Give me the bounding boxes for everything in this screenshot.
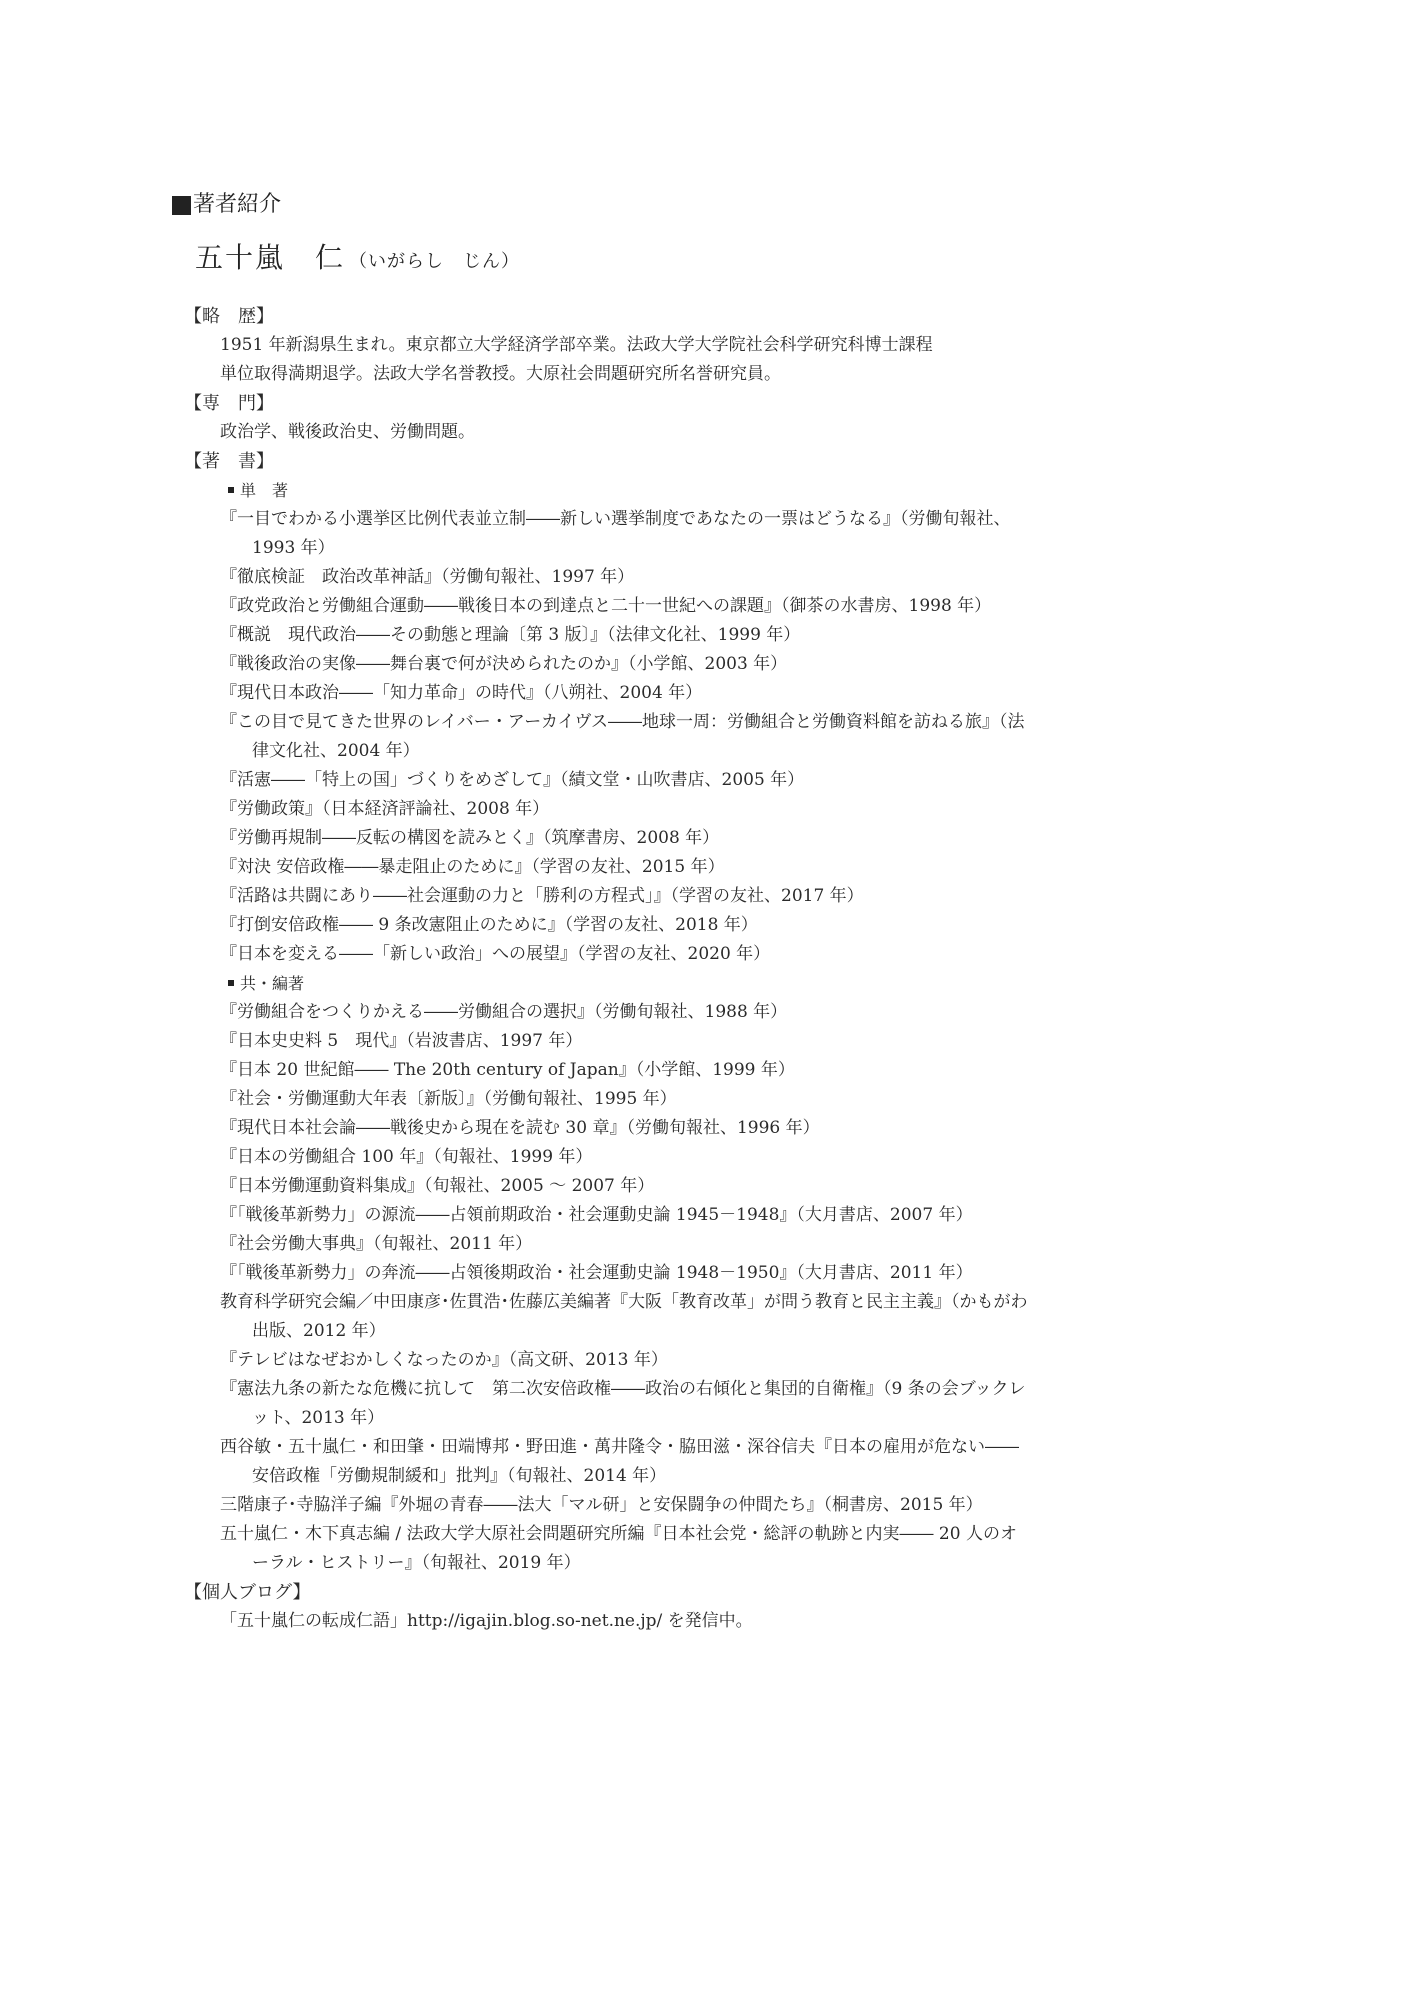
co-edited-subheading: 共・編著 bbox=[188, 969, 1028, 998]
single-authored-subheading: 単 著 bbox=[188, 476, 1028, 505]
book-entry: 『戦後政治の実像――舞台裏で何が決められたのか』（小学館、2003 年） bbox=[188, 650, 1028, 679]
biography-line: 単位取得満期退学。法政大学名誉教授。大原社会問題研究所名誉研究員。 bbox=[188, 360, 1028, 389]
section-title-text: 著者紹介 bbox=[193, 190, 281, 220]
book-entry: 『活路は共闘にあり――社会運動の力と「勝利の方程式」』（学習の友社、2017 年… bbox=[188, 882, 1028, 911]
book-entry: 『政党政治と労働組合運動――戦後日本の到達点と二十一世紀への課題』（御茶の水書房… bbox=[188, 592, 1028, 621]
book-entry: 『現代日本社会論――戦後史から現在を読む 30 章』（労働旬報社、1996 年） bbox=[188, 1114, 1028, 1143]
specialty-text: 政治学、戦後政治史、労働問題。 bbox=[188, 418, 1028, 447]
book-entry: 『テレビはなぜおかしくなったのか』（高文研、2013 年） bbox=[188, 1346, 1028, 1375]
bullet-icon bbox=[228, 487, 234, 493]
book-entry: 『社会労働大事典』（旬報社、2011 年） bbox=[188, 1230, 1028, 1259]
bullet-icon bbox=[228, 980, 234, 986]
book-entry: 『労働組合をつくりかえる――労働組合の選択』（労働旬報社、1988 年） bbox=[188, 998, 1028, 1027]
blog-text: 「五十嵐仁の転成仁語」http://igajin.blog.so-net.ne.… bbox=[188, 1607, 1028, 1636]
book-entry: 『「戦後革新勢力」の源流――占領前期政治・社会運動史論 1945－1948』（大… bbox=[188, 1201, 1028, 1230]
profile-content: 【略 歴】 1951 年新潟県生まれ。東京都立大学経済学部卒業。法政大学大学院社… bbox=[188, 302, 1028, 1636]
book-entry: 『対決 安倍政権――暴走阻止のために』（学習の友社、2015 年） bbox=[188, 853, 1028, 882]
book-entry: 五十嵐仁・木下真志編 / 法政大学大原社会問題研究所編『日本社会党・総評の軌跡と… bbox=[188, 1520, 1028, 1578]
book-entry: 三階康子･寺脇洋子編『外堀の青春――法大「マル研」と安保闘争の仲間たち』（桐書房… bbox=[188, 1491, 1028, 1520]
book-entry: 『日本 20 世紀館―― The 20th century of Japan』（… bbox=[188, 1056, 1028, 1085]
author-name-text: 五十嵐 仁 bbox=[195, 241, 345, 274]
book-entry: 『この目で見てきた世界のレイバー・アーカイヴス――地球一周：労働組合と労働資料館… bbox=[188, 708, 1028, 766]
biography-heading: 【略 歴】 bbox=[184, 302, 1028, 331]
book-entry: 『日本労働運動資料集成』（旬報社、2005 ～ 2007 年） bbox=[188, 1172, 1028, 1201]
book-entry: 『「戦後革新勢力」の奔流――占領後期政治・社会運動史論 1948－1950』（大… bbox=[188, 1259, 1028, 1288]
book-entry: 『一目でわかる小選挙区比例代表並立制――新しい選挙制度であなたの一票はどうなる』… bbox=[188, 505, 1028, 563]
author-reading: （いがらし じん） bbox=[349, 251, 520, 272]
author-profile-page: 著者紹介 五十嵐 仁（いがらし じん） 【略 歴】 1951 年新潟県生まれ。東… bbox=[0, 0, 1416, 2000]
specialty-heading: 【専 門】 bbox=[184, 389, 1028, 418]
author-name: 五十嵐 仁（いがらし じん） bbox=[195, 240, 520, 280]
section-title: 著者紹介 bbox=[172, 190, 281, 220]
book-entry: 西谷敏・五十嵐仁・和田肇・田端博邦・野田進・萬井隆令・脇田滋・深谷信夫『日本の雇… bbox=[188, 1433, 1028, 1491]
black-square-icon bbox=[172, 196, 191, 215]
book-entry: 『労働政策』（日本経済評論社、2008 年） bbox=[188, 795, 1028, 824]
book-entry: 『活憲――「特上の国」づくりをめざして』（績文堂・山吹書店、2005 年） bbox=[188, 766, 1028, 795]
book-entry: 『憲法九条の新たな危機に抗して 第二次安倍政権――政治の右傾化と集団的自衛権』（… bbox=[188, 1375, 1028, 1433]
book-entry: 『日本を変える――「新しい政治」への展望』（学習の友社、2020 年） bbox=[188, 940, 1028, 969]
works-heading: 【著 書】 bbox=[184, 447, 1028, 476]
book-entry: 『日本史史料 5 現代』（岩波書店、1997 年） bbox=[188, 1027, 1028, 1056]
book-entry: 『現代日本政治――「知力革命」の時代』（八朔社、2004 年） bbox=[188, 679, 1028, 708]
book-entry: 『概説 現代政治――その動態と理論〔第 3 版〕』（法律文化社、1999 年） bbox=[188, 621, 1028, 650]
book-entry: 『徹底検証 政治改革神話』（労働旬報社、1997 年） bbox=[188, 563, 1028, 592]
book-entry: 『日本の労働組合 100 年』（旬報社、1999 年） bbox=[188, 1143, 1028, 1172]
blog-heading: 【個人ブログ】 bbox=[184, 1578, 1028, 1607]
book-entry: 『労働再規制――反転の構図を読みとく』（筑摩書房、2008 年） bbox=[188, 824, 1028, 853]
biography-line: 1951 年新潟県生まれ。東京都立大学経済学部卒業。法政大学大学院社会科学研究科… bbox=[188, 331, 1028, 360]
book-entry: 『打倒安倍政権―― 9 条改憲阻止のために』（学習の友社、2018 年） bbox=[188, 911, 1028, 940]
book-entry: 教育科学研究会編／中田康彦･佐貫浩･佐藤広美編著『大阪「教育改革」が問う教育と民… bbox=[188, 1288, 1028, 1346]
book-entry: 『社会・労働運動大年表〔新版〕』（労働旬報社、1995 年） bbox=[188, 1085, 1028, 1114]
